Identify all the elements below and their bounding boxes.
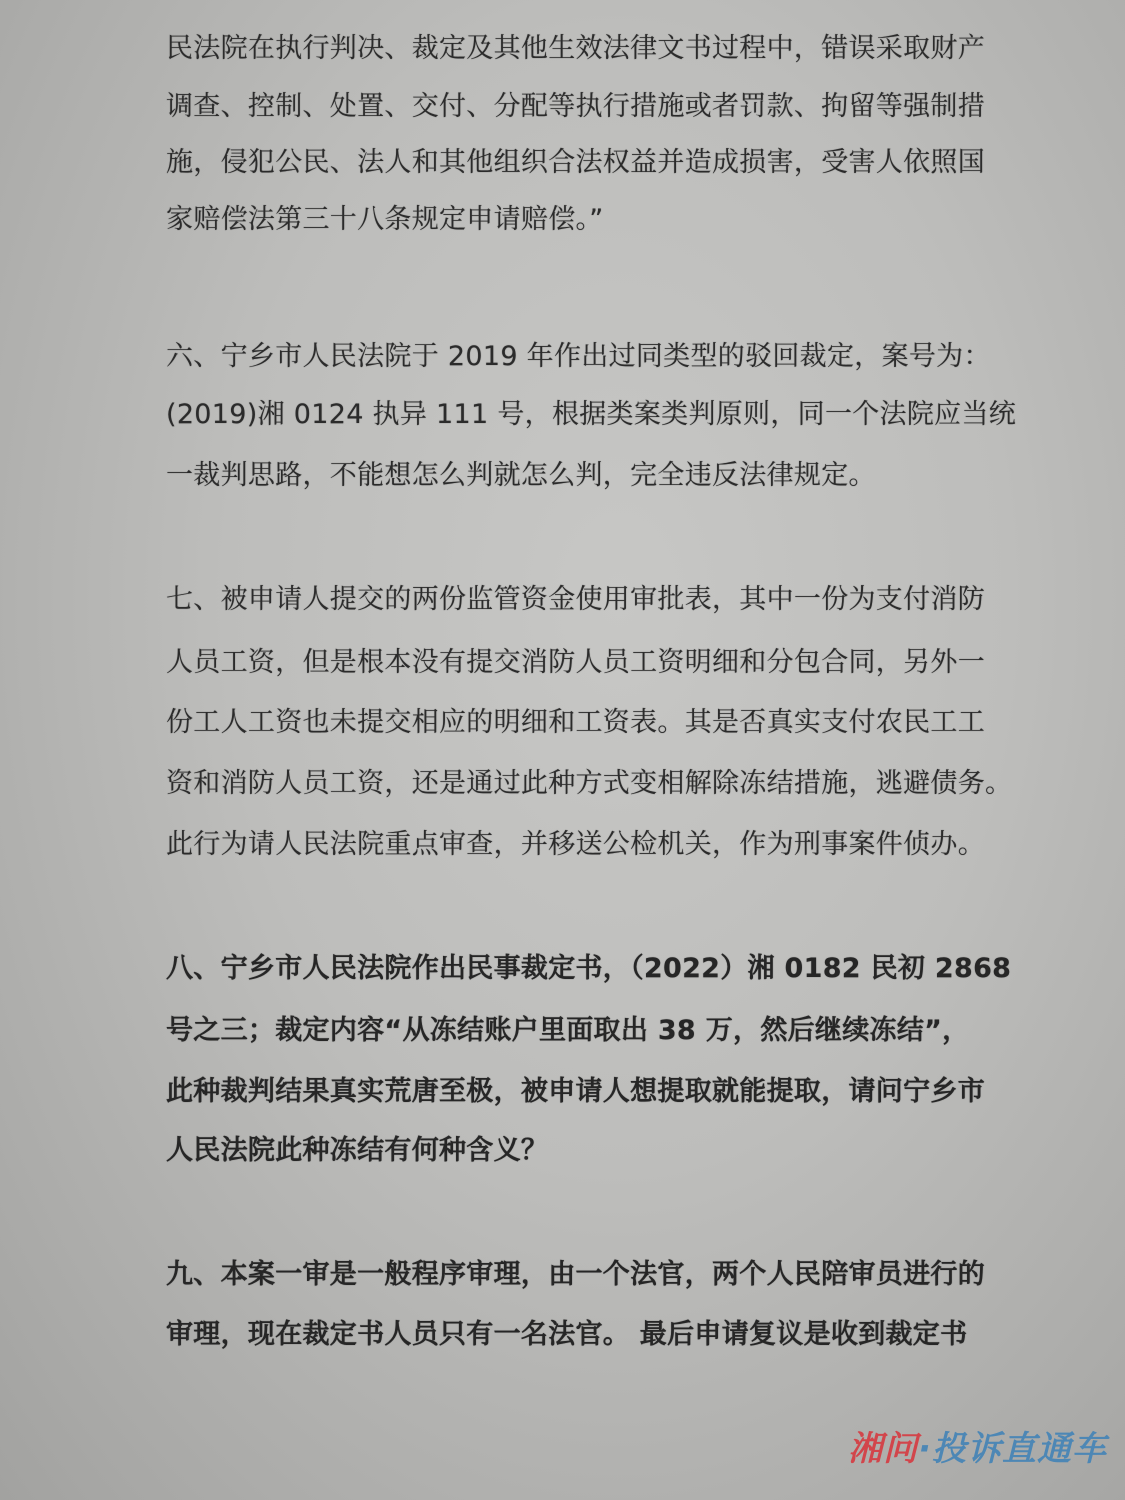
section-7-line: 七、被申请人提交的两份监管资金使用审批表，其中一份为支付消防 (166, 583, 985, 617)
section-8-line: 此种裁判结果真实荒唐至极，被申请人想提取就能提取，请问宁乡市 (166, 1075, 985, 1109)
paragraph-line: 家赔偿法第三十八条规定申请赔偿。” (166, 203, 604, 237)
section-8-line: 八、宁乡市人民法院作出民事裁定书，（2022）湘 0182 民初 2868 (166, 952, 1011, 986)
watermark-logo: 湘问·投诉直通车 (848, 1421, 1107, 1470)
section-7-line: 份工人工资也未提交相应的明细和工资表。其是否真实支付农民工工 (166, 706, 985, 740)
paragraph-line: 调查、控制、处置、交付、分配等执行措施或者罚款、拘留等强制措 (166, 90, 985, 124)
watermark-brand-part2: 投诉直通车 (932, 1429, 1107, 1469)
section-9-line: 审理，现在裁定书人员只有一名法官。 最后申请复议是收到裁定书 (166, 1318, 967, 1352)
section-6-line: (2019)湘 0124 执异 111 号，根据类案类判原则，同一个法院应当统 (166, 398, 1016, 432)
section-6-line: 六、宁乡市人民法院于 2019 年作出过同类型的驳回裁定，案号为： (166, 340, 991, 374)
section-9-line: 九、本案一审是一般程序审理，由一个法官，两个人民陪审员进行的 (166, 1258, 985, 1292)
document-page: 民法院在执行判决、裁定及其他生效法律文书过程中，错误采取财产 调查、控制、处置、… (0, 0, 1125, 1500)
section-7-line: 资和消防人员工资，还是通过此种方式变相解除冻结措施，逃避债务。 (166, 767, 1012, 801)
paragraph-line: 民法院在执行判决、裁定及其他生效法律文书过程中，错误采取财产 (166, 32, 985, 66)
section-8-line: 人民法院此种冻结有何种含义？ (166, 1134, 548, 1168)
section-7-line: 此行为请人民法院重点审查，并移送公检机关，作为刑事案件侦办。 (166, 828, 985, 862)
section-6-line: 一裁判思路，不能想怎么判就怎么判，完全违反法律规定。 (166, 459, 876, 493)
paragraph-line: 施，侵犯公民、法人和其他组织合法权益并造成损害，受害人依照国 (166, 146, 985, 180)
section-7-line: 人员工资，但是根本没有提交消防人员工资明细和分包合同，另外一 (166, 646, 985, 680)
section-8-line: 号之三；裁定内容“从冻结账户里面取出 38 万，然后继续冻结”， (166, 1014, 969, 1048)
watermark-brand-part1: 湘问 (848, 1429, 918, 1469)
watermark-separator: · (918, 1429, 932, 1469)
